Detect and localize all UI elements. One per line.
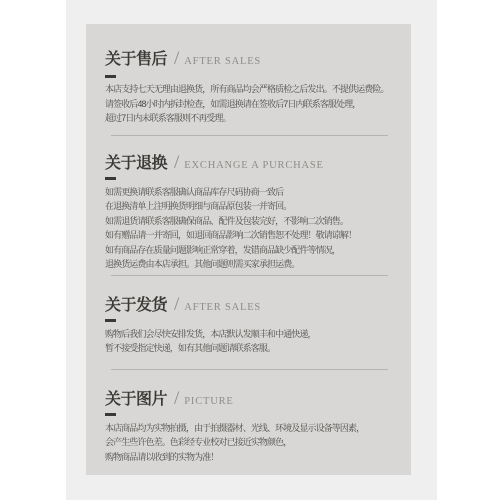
section-title-cn: 关于发货 [105,297,167,314]
section-shipping: 关于发货 / AFTER SALES 购物后我们会尽快安排发货，本店默认发顺丰和… [105,296,388,356]
body-line: 本店商品均为实物拍摄，由于拍摄器材、光线、环境及显示设备等因素， [105,421,388,436]
body-line: 如需退货请联系客服确保商品、配件及包装完好，不影响二次销售。 [105,214,388,229]
section-divider [111,135,388,136]
title-slash: / [174,296,179,313]
title-underline-dash [105,319,116,322]
body-line: 本店支持七天无理由退换货，所有商品均会严格质检之后发出。不提供运费险。 [105,82,388,97]
section-body: 本店支持七天无理由退换货，所有商品均会严格质检之后发出。不提供运费险。 请签收后… [105,82,388,126]
section-body: 本店商品均为实物拍摄，由于拍摄器材、光线、环境及显示设备等因素， 会产生些许色差… [105,421,388,465]
section-title-cn: 关于售后 [105,51,167,68]
section-title: 关于退换 / EXCHANGE A PURCHASE [105,154,388,172]
title-slash: / [174,50,179,67]
section-title-cn: 关于退换 [105,155,167,172]
section-title: 关于发货 / AFTER SALES [105,296,388,314]
title-underline-dash [105,413,116,416]
section-title: 关于售后 / AFTER SALES [105,50,388,68]
section-title-en: PICTURE [184,396,233,407]
section-body: 如需更换请联系客服确认商品库存尺码协商一致后 在退换清单上注明换货明细与商品原包… [105,185,388,272]
section-exchange: 关于退换 / EXCHANGE A PURCHASE 如需更换请联系客服确认商品… [105,154,388,272]
body-line: 请签收后48小时内拆封检查，如需退换请在签收后7日内联系客服处理， [105,97,388,112]
section-after-sales: 关于售后 / AFTER SALES 本店支持七天无理由退换货，所有商品均会严格… [105,50,388,126]
body-line: 购物商品请以收到的实物为准！ [105,450,388,465]
body-line: 如需更换请联系客服确认商品库存尺码协商一致后 [105,185,388,200]
section-divider [111,369,388,370]
section-title-en: AFTER SALES [184,302,261,313]
body-line: 会产生些许色差。色彩经专业校对已接近实物颜色， [105,435,388,450]
title-slash: / [174,390,179,407]
body-line: 退换货运费由本店承担。其他问题则需买家承担运费。 [105,257,388,272]
title-underline-dash [105,75,116,78]
body-line: 购物后我们会尽快安排发货，本店默认发顺丰和中通快递， [105,327,388,342]
title-underline-dash [105,177,116,180]
section-picture: 关于图片 / PICTURE 本店商品均为实物拍摄，由于拍摄器材、光线、环境及显… [105,390,388,465]
section-body: 购物后我们会尽快安排发货，本店默认发顺丰和中通快递， 暂不接受指定快递，如有其他… [105,327,388,356]
section-title-en: EXCHANGE A PURCHASE [184,160,323,171]
section-title: 关于图片 / PICTURE [105,390,388,408]
section-title-cn: 关于图片 [105,391,167,408]
body-line: 如有商品存在质量问题影响正常穿着，发错商品缺少配件等情况， [105,243,388,258]
section-title-en: AFTER SALES [184,56,261,67]
body-line: 在退换清单上注明换货明细与商品原包装一并寄回。 [105,199,388,214]
page: { "colors": { "page_bg": "#ffffff", "sta… [0,0,500,500]
body-line: 超过7日内未联系客服则不再受理。 [105,111,388,126]
detail-image-background: 关于售后 / AFTER SALES 本店支持七天无理由退换货，所有商品均会严格… [66,0,437,500]
body-line: 暂不接受指定快递，如有其他问题请联系客服。 [105,341,388,356]
section-divider [111,275,388,276]
title-slash: / [174,154,179,171]
body-line: 如有赠品请一并寄回，如退回商品影响二次销售恕不处理！敬请谅解！ [105,228,388,243]
policy-panel: 关于售后 / AFTER SALES 本店支持七天无理由退换货，所有商品均会严格… [86,24,411,475]
